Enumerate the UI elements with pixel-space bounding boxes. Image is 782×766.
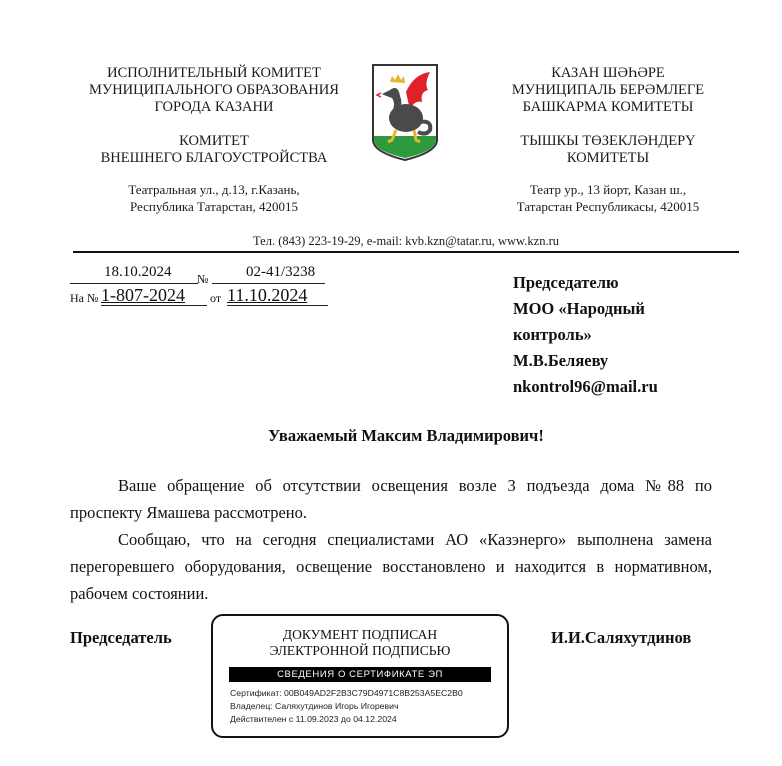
recipient-email: nkontrol96@mail.ru: [513, 374, 658, 400]
org-name-line: БАШКАРМА КОМИТЕТЫ: [484, 99, 732, 116]
reply-to-label: На №: [70, 291, 98, 306]
address-line: Театральная ул., д.13, г.Казань,: [72, 181, 356, 198]
address-line: Театр ур., 13 йорт, Казан ш.,: [484, 181, 732, 198]
dept-name-line: ВНЕШНЕГО БЛАГОУСТРОЙСТВА: [72, 150, 356, 167]
org-name-line: КАЗАН ШӘҺӘРЕ: [484, 65, 732, 82]
org-name-line: МУНИЦИПАЛЬ БЕРӘМЛЕГЕ: [484, 82, 732, 99]
dept-name-line: КОМИТЕТЫ: [484, 150, 732, 167]
stamp-title-line: ДОКУМЕНТ ПОДПИСАН: [213, 627, 507, 643]
recipient-block: Председателю МОО «Народный контроль» М.В…: [513, 270, 658, 400]
date-underline: [70, 283, 198, 284]
number-underline: [212, 283, 325, 284]
number-label: №: [197, 272, 208, 287]
recipient-line: МОО «Народный: [513, 296, 658, 322]
dept-name-line: ТЫШКЫ ТӨЗЕКЛӘНДЕРҮ: [484, 133, 732, 150]
paragraph: Ваше обращение об отсутствии освещения в…: [70, 472, 712, 526]
recipient-line: Председателю: [513, 270, 658, 296]
address-line: Татарстан Республикасы, 420015: [484, 198, 732, 215]
from-label: от: [210, 291, 221, 306]
contact-line: Тел. (843) 223-19-29, e-mail: kvb.kzn@ta…: [73, 234, 739, 249]
reply-to-number: 1-807-2024: [101, 285, 185, 306]
certificate-id: Сертификат: 00B049AD2F2B3C79D4971C8B253A…: [230, 687, 501, 700]
org-name-line: ГОРОДА КАЗАНИ: [72, 99, 356, 116]
certificate-validity: Действителен с 11.09.2023 до 04.12.2024: [230, 713, 501, 726]
org-name-line: ИСПОЛНИТЕЛЬНЫЙ КОМИТЕТ: [72, 65, 356, 82]
greeting: Уважаемый Максим Владимирович!: [73, 426, 739, 446]
address: Театр ур., 13 йорт, Казан ш., Татарстан …: [484, 181, 732, 215]
reply-to-date: 11.10.2024: [227, 285, 307, 306]
stamp-title-line: ЭЛЕКТРОННОЙ ПОДПИСЬЮ: [213, 643, 507, 659]
org-name-line: МУНИЦИПАЛЬНОГО ОБРАЗОВАНИЯ: [72, 82, 356, 99]
header-divider: [73, 251, 739, 253]
stamp-details: Сертификат: 00B049AD2F2B3C79D4971C8B253A…: [230, 687, 501, 726]
header-left-block: ИСПОЛНИТЕЛЬНЫЙ КОМИТЕТ МУНИЦИПАЛЬНОГО ОБ…: [72, 65, 356, 215]
certificate-owner: Владелец: Саляхутдинов Игорь Игоревич: [230, 700, 501, 713]
coat-of-arms-icon: [370, 62, 440, 162]
signatory-name: И.И.Саляхутдинов: [551, 628, 691, 648]
address-line: Республика Татарстан, 420015: [72, 198, 356, 215]
registration-date: 18.10.2024: [104, 264, 172, 281]
registration-number: 02-41/3238: [246, 264, 315, 281]
signatory-role: Председатель: [70, 628, 172, 648]
electronic-signature-stamp: ДОКУМЕНТ ПОДПИСАН ЭЛЕКТРОННОЙ ПОДПИСЬЮ С…: [211, 614, 509, 738]
dept-name-line: КОМИТЕТ: [72, 133, 356, 150]
stamp-certificate-header: СВЕДЕНИЯ О СЕРТИФИКАТЕ ЭП: [229, 667, 491, 682]
address: Театральная ул., д.13, г.Казань, Республ…: [72, 181, 356, 215]
stamp-title: ДОКУМЕНТ ПОДПИСАН ЭЛЕКТРОННОЙ ПОДПИСЬЮ: [213, 627, 507, 659]
reply-number-underline: [101, 305, 207, 306]
recipient-line: контроль»: [513, 322, 658, 348]
paragraph: Сообщаю, что на сегодня специалистами АО…: [70, 526, 712, 607]
reply-date-underline: [227, 305, 328, 306]
recipient-line: М.В.Беляеву: [513, 348, 658, 374]
letter-body: Ваше обращение об отсутствии освещения в…: [70, 472, 712, 607]
header-right-block: КАЗАН ШӘҺӘРЕ МУНИЦИПАЛЬ БЕРӘМЛЕГЕ БАШКАР…: [484, 65, 732, 215]
